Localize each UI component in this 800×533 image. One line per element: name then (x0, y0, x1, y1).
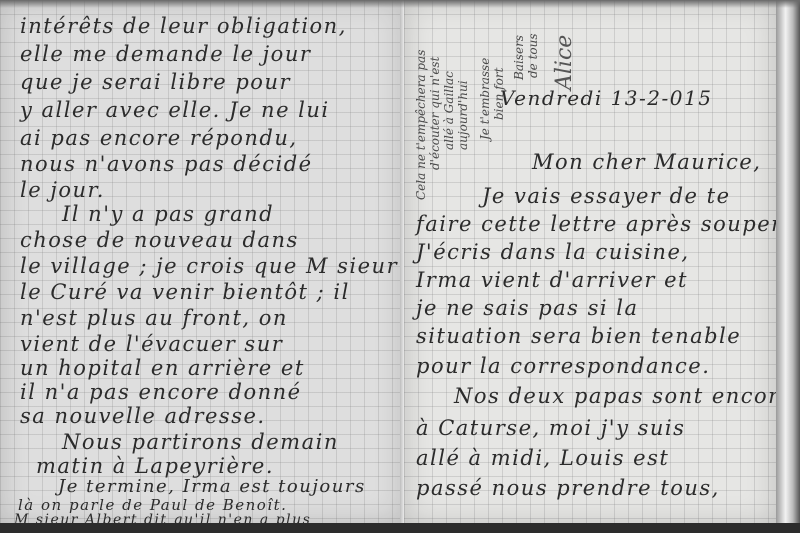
right-margin-note-1: Cela ne t'empêchera pas (414, 50, 428, 200)
text-line: J'écris dans la cuisine, (416, 240, 690, 264)
text-line: n'est plus au front, on (20, 306, 288, 330)
text-line: il n'a pas encore donné (20, 380, 302, 404)
right-margin-note-8: de tous (526, 33, 540, 78)
text-line: Je vais essayer de te (482, 184, 731, 208)
text-line: chose de nouveau dans (20, 228, 299, 252)
left-page: intérêts de leur obligation, elle me dem… (0, 0, 404, 525)
text-line: pour la correspondance. (416, 354, 710, 378)
text-line: matin à Lapeyrière. (36, 454, 274, 478)
right-margin-note-2: d'écouter qui n'est (428, 57, 442, 170)
text-line: intérêts de leur obligation, (20, 14, 347, 38)
text-line: que je serai libre pour (20, 70, 291, 94)
text-line: situation sera bien tenable (416, 324, 741, 348)
text-line: Nos deux papas sont encore (454, 384, 794, 408)
text-line: le village ; je crois que M sieur (20, 254, 398, 278)
letter-date: Vendredi 13-2-015 (500, 86, 712, 110)
text-line: elle me demande le jour (20, 42, 311, 66)
text-line: le Curé va venir bientôt ; il (20, 280, 350, 304)
right-margin-note-4: aujourd'hui (456, 80, 470, 150)
text-line: ai pas encore répondu, (20, 126, 298, 150)
text-line: à Caturse, moi j'y suis (416, 416, 685, 440)
text-line: allé à midi, Louis est (416, 446, 669, 470)
signature: Alice (552, 35, 577, 90)
text-line: nous n'avons pas décidé (20, 152, 313, 176)
text-line: le jour. (20, 178, 105, 202)
right-margin-note-7: Baisers (512, 35, 526, 80)
right-margin-note-5: Je t'embrasse (478, 58, 492, 140)
text-line: un hopital en arrière et (20, 356, 305, 380)
top-shadow (0, 0, 800, 8)
text-line: vient de l'évacuer sur (20, 332, 283, 356)
text-line: Il n'y a pas grand (62, 202, 274, 226)
text-line: sa nouvelle adresse. (20, 404, 266, 428)
text-line: y aller avec elle. Je ne lui (20, 98, 330, 122)
salutation: Mon cher Maurice, (532, 150, 761, 174)
right-margin-note-3: allé à Gaillac (442, 71, 456, 150)
text-line: Nous partirons demain (62, 430, 339, 454)
right-page: Cela ne t'empêchera pas d'écouter qui n'… (404, 0, 776, 525)
text-line: passé nous prendre tous, (416, 476, 720, 500)
text-line: Irma vient d'arriver et (416, 268, 688, 292)
bottom-shadow (0, 523, 800, 533)
text-line: faire cette lettre après souper. (416, 212, 789, 236)
text-line: je ne sais pas si la (416, 296, 639, 320)
letter-photo: intérêts de leur obligation, elle me dem… (0, 0, 800, 533)
text-line: Je termine, Irma est toujours (58, 476, 366, 497)
page-edge (776, 0, 800, 533)
